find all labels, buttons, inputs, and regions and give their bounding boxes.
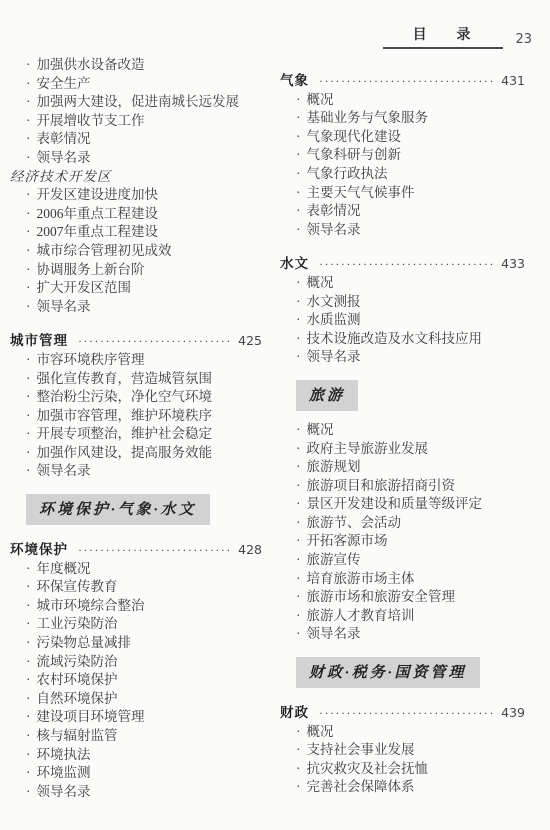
chapter-heading: 城市管理····································… <box>10 332 262 351</box>
toc-entry-label: 加强作风建设，提高服务效能 <box>37 444 213 463</box>
bullet-dot-icon: · <box>26 370 31 389</box>
bullet-dot-icon: · <box>296 588 301 607</box>
toc-entry-label: 气象现代化建设 <box>307 128 402 147</box>
toc-entry: ·年度概况 <box>10 560 262 579</box>
bullet-dot-icon: · <box>26 407 31 426</box>
toc-entry: ·核与辐射监管 <box>10 727 262 746</box>
bullet-dot-icon: · <box>296 202 301 221</box>
toc-entry: ·强化宣传教育，营造城管氛围 <box>10 370 262 389</box>
toc-entry-label: 建设项目环境管理 <box>37 708 145 727</box>
toc-entry: ·流域污染防治 <box>10 653 262 672</box>
toc-entry-label: 领导名录 <box>37 783 91 802</box>
toc-entry: ·支持社会事业发展 <box>280 741 525 760</box>
bullet-dot-icon: · <box>296 551 301 570</box>
bullet-dot-icon: · <box>26 56 31 75</box>
bullet-dot-icon: · <box>296 495 301 514</box>
toc-entry-label: 支持社会事业发展 <box>307 741 415 760</box>
bullet-dot-icon: · <box>296 741 301 760</box>
bullet-dot-icon: · <box>26 671 31 690</box>
toc-entry: ·2006年重点工程建设 <box>10 205 262 224</box>
toc-entry-label: 旅游项目和旅游招商引资 <box>307 477 456 496</box>
toc-entry: ·概况 <box>280 421 525 440</box>
toc-entry: ·基础业务与气象服务 <box>280 109 525 128</box>
bullet-dot-icon: · <box>26 560 31 579</box>
chapter-page-number: 439 <box>501 704 525 723</box>
toc-entry: ·污染物总量减排 <box>10 634 262 653</box>
bullet-dot-icon: · <box>26 690 31 709</box>
toc-entry: ·开发区建设进度加快 <box>10 186 262 205</box>
toc-entry-label: 领导名录 <box>37 462 91 481</box>
toc-entry: ·旅游人才教育培训 <box>280 607 525 626</box>
bullet-dot-icon: · <box>26 653 31 672</box>
page-number: 23 <box>515 32 532 49</box>
bullet-dot-icon: · <box>296 477 301 496</box>
toc-entry-label: 旅游市场和旅游安全管理 <box>307 588 456 607</box>
bullet-dot-icon: · <box>26 75 31 94</box>
toc-entry-label: 年度概况 <box>37 560 91 579</box>
toc-entry: ·加强两大建设，促进南城长远发展 <box>10 93 262 112</box>
toc-entry-label: 开展增收节支工作 <box>37 112 145 131</box>
toc-entry-label: 表彰情况 <box>307 202 361 221</box>
chapter-heading: 环境保护····································… <box>10 541 262 560</box>
bullet-dot-icon: · <box>26 425 31 444</box>
toc-entry-label: 协调服务上新台阶 <box>37 261 145 280</box>
toc-entry: ·旅游宣传 <box>280 551 525 570</box>
bullet-dot-icon: · <box>26 388 31 407</box>
dot-leader: ········································… <box>319 72 495 91</box>
bullet-dot-icon: · <box>26 708 31 727</box>
toc-entry-label: 工业污染防治 <box>37 615 118 634</box>
toc-entry: ·整治粉尘污染，净化空气环境 <box>10 388 262 407</box>
toc-entry-label: 完善社会保障体系 <box>307 778 415 797</box>
toc-entry-label: 领导名录 <box>307 348 361 367</box>
toc-entry-label: 领导名录 <box>37 298 91 317</box>
bullet-dot-icon: · <box>296 311 301 330</box>
toc-entry-label: 概况 <box>307 421 334 440</box>
toc-entry-label: 2007年重点工程建设 <box>37 223 159 242</box>
toc-entry: ·领导名录 <box>10 462 262 481</box>
section-banner-wrap: 财政·税务·国资管理 <box>296 657 525 688</box>
toc-entry: ·培育旅游市场主体 <box>280 570 525 589</box>
toc-entry: ·旅游项目和旅游招商引资 <box>280 477 525 496</box>
toc-entry-label: 扩大开发区范围 <box>37 279 132 298</box>
dot-leader: ········································… <box>78 332 232 351</box>
toc-entry-label: 整治粉尘污染，净化空气环境 <box>37 388 213 407</box>
bullet-dot-icon: · <box>26 615 31 634</box>
bullet-dot-icon: · <box>26 223 31 242</box>
toc-entry-label: 领导名录 <box>37 149 91 168</box>
toc-entry-label: 开发区建设进度加快 <box>37 186 159 205</box>
bullet-dot-icon: · <box>296 440 301 459</box>
toc-entry-label: 基础业务与气象服务 <box>307 109 429 128</box>
bullet-dot-icon: · <box>26 783 31 802</box>
toc-entry-label: 领导名录 <box>307 625 361 644</box>
bullet-dot-icon: · <box>296 348 301 367</box>
toc-entry-label: 旅游节、会活动 <box>307 514 402 533</box>
dot-leader: ········································… <box>319 255 495 274</box>
chapter-title: 气象 <box>280 72 309 91</box>
section-banner: 环境保护·气象·水文 <box>26 494 210 525</box>
toc-entry-label: 开拓客源市场 <box>307 532 388 551</box>
toc-entry: ·自然环境保护 <box>10 690 262 709</box>
toc-entry-label: 旅游人才教育培训 <box>307 607 415 626</box>
toc-entry-label: 农村环境保护 <box>37 671 118 690</box>
toc-entry-label: 旅游规划 <box>307 458 361 477</box>
toc-entry-label: 加强两大建设，促进南城长远发展 <box>37 93 240 112</box>
toc-entry: ·气象行政执法 <box>280 165 525 184</box>
toc-entry-label: 水质监测 <box>307 311 361 330</box>
toc-entry-label: 旅游宣传 <box>307 551 361 570</box>
chapter-title: 环境保护 <box>10 541 68 560</box>
dot-leader: ········································… <box>319 704 495 723</box>
toc-entry-label: 市容环境秩序管理 <box>37 351 145 370</box>
toc-columns: ·加强供水设备改造·安全生产·加强两大建设，促进南城长远发展·开展增收节支工作·… <box>10 56 525 801</box>
chapter-page-number: 433 <box>501 255 525 274</box>
toc-entry: ·环保宣传教育 <box>10 578 262 597</box>
bullet-dot-icon: · <box>26 130 31 149</box>
toc-entry: ·工业污染防治 <box>10 615 262 634</box>
bullet-dot-icon: · <box>296 221 301 240</box>
toc-entry-label: 安全生产 <box>37 75 91 94</box>
toc-entry: ·概况 <box>280 723 525 742</box>
toc-entry: ·气象现代化建设 <box>280 128 525 147</box>
toc-entry: ·领导名录 <box>280 221 525 240</box>
toc-entry: ·领导名录 <box>280 625 525 644</box>
toc-entry: ·开拓客源市场 <box>280 532 525 551</box>
toc-entry-label: 概况 <box>307 91 334 110</box>
toc-entry: ·水质监测 <box>280 311 525 330</box>
toc-entry: ·领导名录 <box>10 298 262 317</box>
bullet-dot-icon: · <box>26 279 31 298</box>
toc-entry-label: 环保宣传教育 <box>37 578 118 597</box>
toc-column-left: ·加强供水设备改造·安全生产·加强两大建设，促进南城长远发展·开展增收节支工作·… <box>10 56 262 801</box>
toc-entry: ·领导名录 <box>10 783 262 802</box>
bullet-dot-icon: · <box>296 293 301 312</box>
bullet-dot-icon: · <box>26 261 31 280</box>
toc-entry-label: 2006年重点工程建设 <box>37 205 159 224</box>
toc-entry: ·领导名录 <box>280 348 525 367</box>
bullet-dot-icon: · <box>296 184 301 203</box>
bullet-dot-icon: · <box>26 205 31 224</box>
chapter-page-number: 428 <box>238 541 262 560</box>
toc-entry: ·扩大开发区范围 <box>10 279 262 298</box>
bullet-dot-icon: · <box>26 298 31 317</box>
bullet-dot-icon: · <box>26 186 31 205</box>
bullet-dot-icon: · <box>26 112 31 131</box>
toc-column-right: 气象······································… <box>280 56 525 797</box>
subsection-heading: 经济技术开发区 <box>10 168 262 187</box>
bullet-dot-icon: · <box>296 778 301 797</box>
toc-entry: ·2007年重点工程建设 <box>10 223 262 242</box>
chapter-heading: 气象······································… <box>280 72 525 91</box>
toc-entry-label: 自然环境保护 <box>37 690 118 709</box>
toc-entry: ·景区开发建设和质量等级评定 <box>280 495 525 514</box>
bullet-dot-icon: · <box>26 578 31 597</box>
toc-entry: ·概况 <box>280 91 525 110</box>
toc-entry-label: 污染物总量减排 <box>37 634 132 653</box>
bullet-dot-icon: · <box>296 625 301 644</box>
bullet-dot-icon: · <box>296 532 301 551</box>
toc-entry: ·政府主导旅游业发展 <box>280 440 525 459</box>
toc-entry: ·加强供水设备改造 <box>10 56 262 75</box>
bullet-dot-icon: · <box>26 634 31 653</box>
chapter-title: 财政 <box>280 704 309 723</box>
toc-entry-label: 政府主导旅游业发展 <box>307 440 429 459</box>
toc-entry: ·市容环境秩序管理 <box>10 351 262 370</box>
toc-entry: ·环境监测 <box>10 764 262 783</box>
toc-entry-label: 技术设施改造及水文科技应用 <box>307 330 483 349</box>
bullet-dot-icon: · <box>296 128 301 147</box>
bullet-dot-icon: · <box>26 764 31 783</box>
toc-entry: ·领导名录 <box>10 149 262 168</box>
bullet-dot-icon: · <box>26 242 31 261</box>
toc-entry: ·安全生产 <box>10 75 262 94</box>
bullet-dot-icon: · <box>296 570 301 589</box>
bullet-dot-icon: · <box>26 597 31 616</box>
section-banner-wrap: 旅游 <box>296 380 525 411</box>
chapter-heading: 财政······································… <box>280 704 525 723</box>
toc-entry: ·主要天气气候事件 <box>280 184 525 203</box>
bullet-dot-icon: · <box>296 760 301 779</box>
toc-entry-label: 培育旅游市场主体 <box>307 570 415 589</box>
toc-entry-label: 概况 <box>307 723 334 742</box>
bullet-dot-icon: · <box>296 274 301 293</box>
toc-entry: ·城市综合管理初见成效 <box>10 242 262 261</box>
bullet-dot-icon: · <box>26 93 31 112</box>
toc-entry-label: 核与辐射监管 <box>37 727 118 746</box>
bullet-dot-icon: · <box>296 458 301 477</box>
toc-entry: ·表彰情况 <box>10 130 262 149</box>
toc-entry-label: 水文测报 <box>307 293 361 312</box>
section-banner-wrap: 环境保护·气象·水文 <box>26 494 262 525</box>
bullet-dot-icon: · <box>26 149 31 168</box>
chapter-title: 城市管理 <box>10 332 68 351</box>
toc-entry-label: 流域污染防治 <box>37 653 118 672</box>
chapter-page-number: 431 <box>501 72 525 91</box>
toc-entry-label: 气象科研与创新 <box>307 146 402 165</box>
chapter-heading: 水文······································… <box>280 255 525 274</box>
toc-entry: ·完善社会保障体系 <box>280 778 525 797</box>
toc-entry-label: 城市综合管理初见成效 <box>37 242 172 261</box>
toc-entry: ·建设项目环境管理 <box>10 708 262 727</box>
toc-entry-label: 景区开发建设和质量等级评定 <box>307 495 483 514</box>
bullet-dot-icon: · <box>296 146 301 165</box>
toc-entry-label: 强化宣传教育，营造城管氛围 <box>37 370 213 389</box>
chapter-title: 水文 <box>280 255 309 274</box>
toc-entry: ·开展增收节支工作 <box>10 112 262 131</box>
bullet-dot-icon: · <box>296 607 301 626</box>
toc-entry-label: 主要天气气候事件 <box>307 184 415 203</box>
bullet-dot-icon: · <box>296 330 301 349</box>
toc-entry-label: 领导名录 <box>307 221 361 240</box>
toc-entry-label: 环境监测 <box>37 764 91 783</box>
bullet-dot-icon: · <box>296 421 301 440</box>
bullet-dot-icon: · <box>26 746 31 765</box>
toc-entry-label: 抗灾救灾及社会抚恤 <box>307 760 429 779</box>
bullet-dot-icon: · <box>296 165 301 184</box>
toc-entry: ·城市环境综合整治 <box>10 597 262 616</box>
toc-entry: ·旅游规划 <box>280 458 525 477</box>
toc-entry-label: 开展专项整治，维护社会稳定 <box>37 425 213 444</box>
bullet-dot-icon: · <box>296 91 301 110</box>
page-header: 目 录 23 <box>383 24 532 49</box>
toc-entry-label: 环境执法 <box>37 746 91 765</box>
bullet-dot-icon: · <box>296 723 301 742</box>
toc-entry: ·加强市容管理，维护环境秩序 <box>10 407 262 426</box>
toc-entry: ·旅游市场和旅游安全管理 <box>280 588 525 607</box>
toc-entry: ·开展专项整治，维护社会稳定 <box>10 425 262 444</box>
bullet-dot-icon: · <box>296 109 301 128</box>
toc-entry: ·协调服务上新台阶 <box>10 261 262 280</box>
toc-entry-label: 加强市容管理，维护环境秩序 <box>37 407 213 426</box>
bullet-dot-icon: · <box>296 514 301 533</box>
toc-header-title: 目 录 <box>383 24 504 49</box>
section-banner: 旅游 <box>296 380 358 411</box>
toc-entry: ·加强作风建设，提高服务效能 <box>10 444 262 463</box>
bullet-dot-icon: · <box>26 727 31 746</box>
section-banner: 财政·税务·国资管理 <box>296 657 480 688</box>
toc-entry: ·表彰情况 <box>280 202 525 221</box>
bullet-dot-icon: · <box>26 351 31 370</box>
toc-entry: ·气象科研与创新 <box>280 146 525 165</box>
toc-entry: ·抗灾救灾及社会抚恤 <box>280 760 525 779</box>
toc-entry-label: 气象行政执法 <box>307 165 388 184</box>
bullet-dot-icon: · <box>26 444 31 463</box>
toc-entry: ·农村环境保护 <box>10 671 262 690</box>
bullet-dot-icon: · <box>26 462 31 481</box>
toc-entry: ·概况 <box>280 274 525 293</box>
toc-entry-label: 城市环境综合整治 <box>37 597 145 616</box>
toc-entry: ·环境执法 <box>10 746 262 765</box>
toc-entry-label: 表彰情况 <box>37 130 91 149</box>
chapter-page-number: 425 <box>238 332 262 351</box>
toc-entry-label: 加强供水设备改造 <box>37 56 145 75</box>
toc-entry-label: 概况 <box>307 274 334 293</box>
toc-entry: ·水文测报 <box>280 293 525 312</box>
toc-entry: ·技术设施改造及水文科技应用 <box>280 330 525 349</box>
toc-entry: ·旅游节、会活动 <box>280 514 525 533</box>
dot-leader: ········································… <box>78 541 232 560</box>
